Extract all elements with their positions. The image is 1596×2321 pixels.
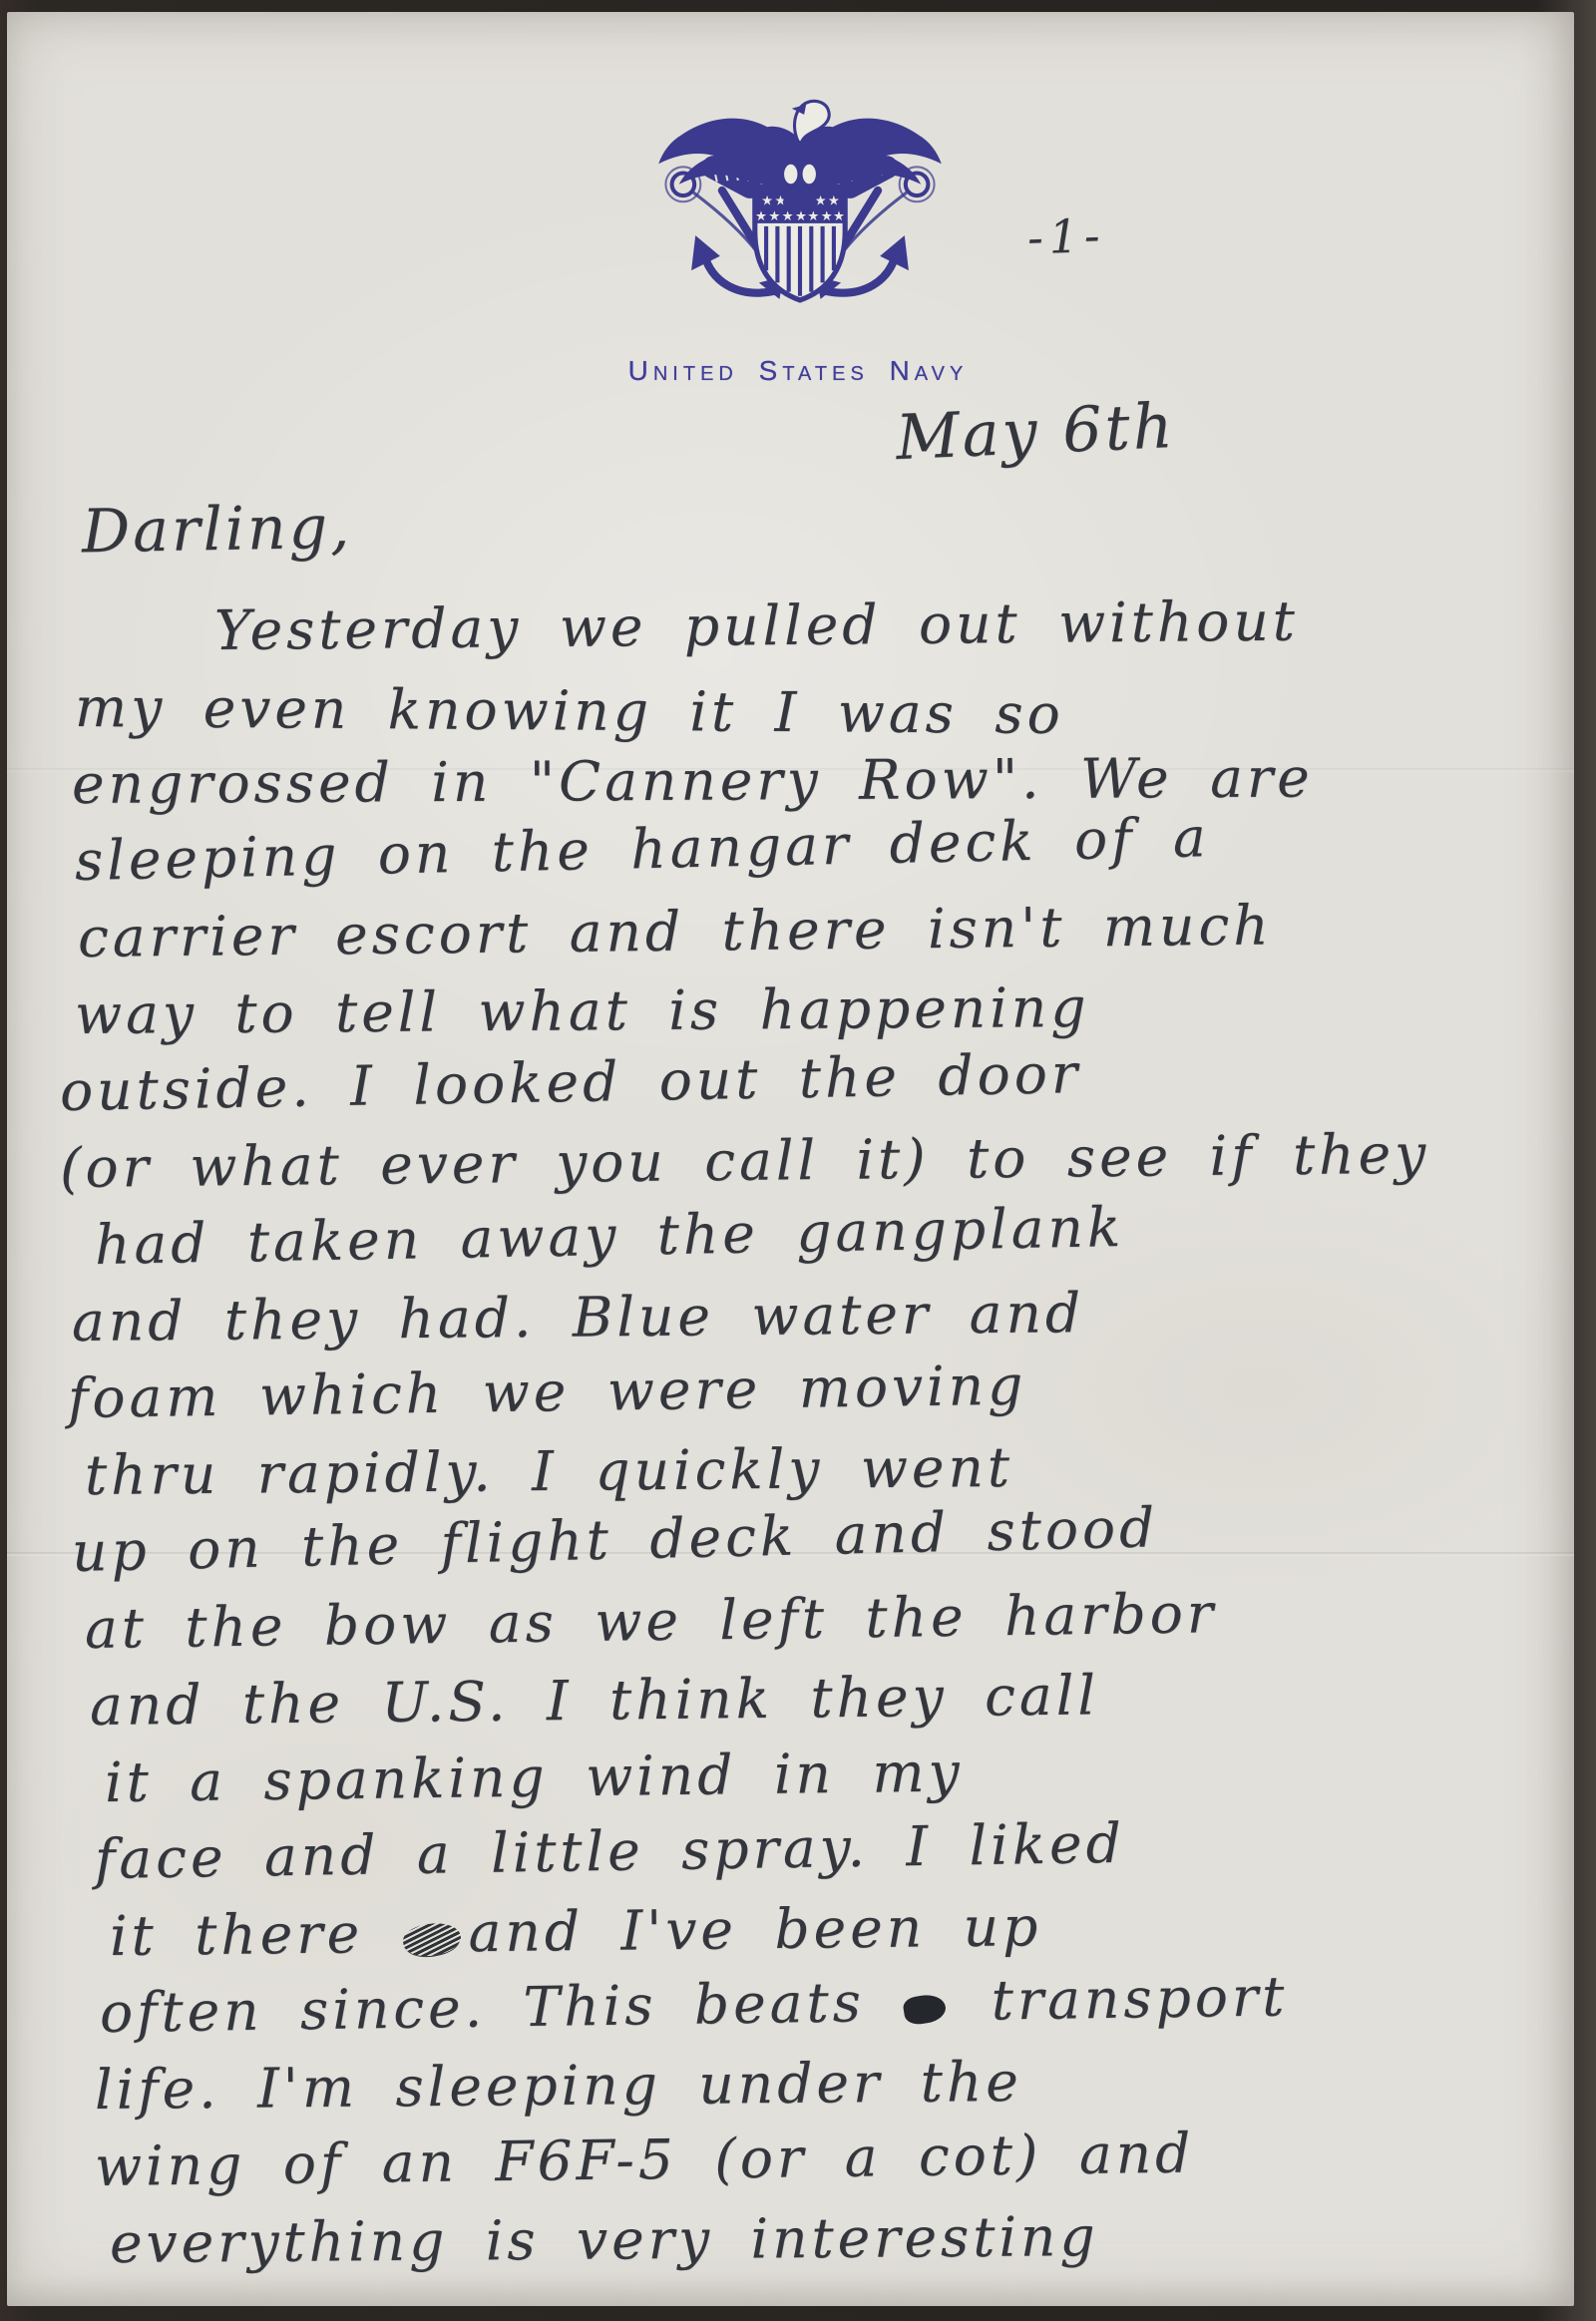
svg-text:★: ★ <box>833 209 845 224</box>
letter-text-segment: transport <box>954 1964 1289 2033</box>
letter-scan-background: ★★★ ★★★ ★★★ ★★★ ★ United States Navy -1-… <box>0 0 1596 2321</box>
inked-out-word-scribble-mark <box>902 1992 948 2026</box>
page-number: -1- <box>1026 208 1106 265</box>
svg-text:★: ★ <box>807 209 819 224</box>
svg-text:★: ★ <box>782 209 794 224</box>
letter-line: carrier escort and there isn't much <box>78 884 1569 976</box>
svg-text:★: ★ <box>768 209 780 224</box>
letter-text-segment: often since. This beats <box>100 1970 903 2045</box>
navy-crest-emblem: ★★★ ★★★ ★★★ ★★★ ★ <box>656 80 944 341</box>
letter-text-segment: my even knowing it I was so <box>75 675 1064 746</box>
letter-text-segment: at the bow as we left the harbor <box>85 1581 1218 1661</box>
letterhead-title: United States Navy <box>589 355 1007 387</box>
svg-text:★: ★ <box>755 209 767 224</box>
letter-text-segment: life. I'm sleeping under the <box>95 2050 1022 2122</box>
svg-text:★: ★ <box>828 193 840 208</box>
letter-text-segment: and the U.S. I think they call <box>90 1663 1100 1738</box>
letter-line-paragraph-start: Yesterday we pulled out without <box>214 580 1569 669</box>
letter-text-segment: it there <box>110 1901 401 1968</box>
letter-body: Yesterday we pulled out withoutmy even k… <box>60 592 1568 2282</box>
letter-text-segment: it a spanking wind in my <box>105 1740 964 1814</box>
letter-text-segment: carrier escort and there isn't much <box>78 893 1273 969</box>
letter-text-segment: and I've been up <box>468 1894 1041 1964</box>
letter-text-segment: everything is very interesting <box>110 2204 1099 2275</box>
svg-text:★: ★ <box>821 209 833 224</box>
letter-text-segment: Yesterday we pulled out without <box>214 589 1299 662</box>
letter-text-segment: wing of an F6F-5 (or a cot) and <box>95 2122 1195 2198</box>
crossed-out-word-scribble-mark <box>401 1919 463 1959</box>
letter-text-segment: outside. I looked out the door <box>59 1041 1081 1123</box>
letter-text-segment: way to tell what is happening <box>75 975 1090 1046</box>
svg-text:★: ★ <box>761 193 773 208</box>
letter-text-segment: and they had. Blue water and <box>72 1281 1085 1354</box>
letter-text-segment: foam which we were moving <box>68 1354 1027 1430</box>
letter-text-segment: had taken away the gangplank <box>94 1195 1124 1277</box>
svg-text:★: ★ <box>795 209 807 224</box>
letter-date: May 6th <box>895 389 1177 474</box>
letter-line: everything is very interesting <box>110 2195 1569 2282</box>
letter-text-segment: face and a little spray. I liked <box>94 1811 1125 1891</box>
salutation: Darling, <box>81 493 352 568</box>
